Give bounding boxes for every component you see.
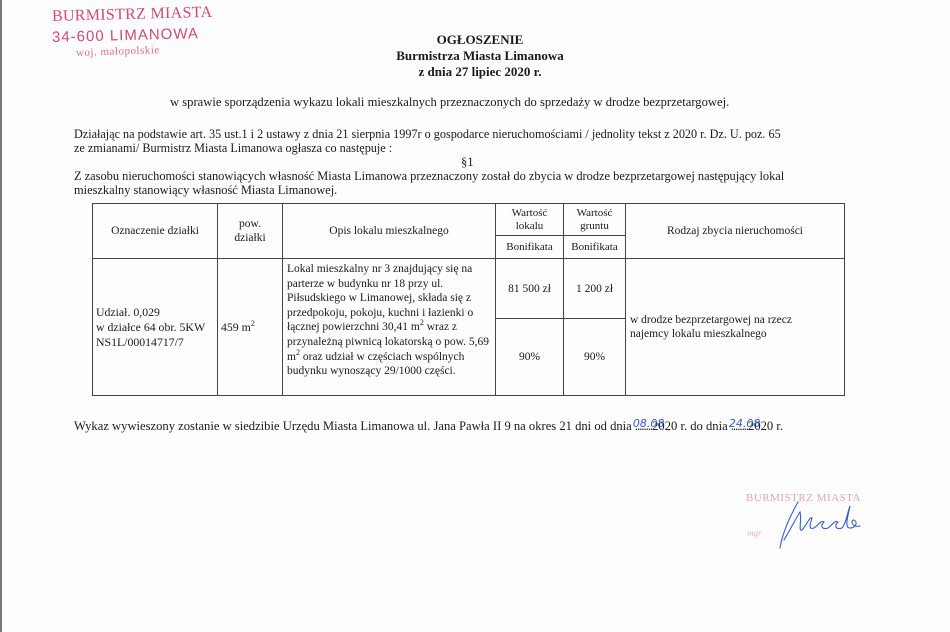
announcement-title: OGŁOSZENIE — [330, 32, 630, 48]
header-description-label: Opis lokalu mieszkalnego — [329, 224, 448, 238]
header-description: Opis lokalu mieszkalnego — [282, 203, 496, 259]
intro-line-2: ze zmianami/ Burmistrz Miasta Limanowa o… — [74, 141, 392, 156]
land-value: 1 200 zł — [576, 282, 613, 296]
land-discount: 90% — [584, 350, 605, 364]
header-unit-value-l2: lokalu — [516, 220, 544, 233]
header-land-discount-label: Bonifikata — [571, 240, 617, 254]
intro-line-1: Działając na podstawie art. 35 ust.1 i 2… — [74, 127, 781, 142]
area-value: 459 m — [221, 320, 251, 334]
header-unit-discount: Bonifikata — [495, 235, 564, 259]
description-text: Lokal mieszkalny nr 3 znajdujący się na … — [287, 262, 491, 379]
page-edge — [0, 0, 2, 632]
plot-number: w działce 64 obr. 5KW — [96, 320, 205, 335]
sale-type: w drodze bezprzetargowej na rzecz najemc… — [630, 313, 814, 341]
plot-land-register: NS1L/00014717/7 — [96, 335, 184, 350]
date-to-field: ........24.08 — [731, 419, 748, 433]
header-area-l1: pow. — [239, 217, 261, 231]
header-land-discount: Bonifikata — [563, 235, 626, 259]
header-plot-label: Oznaczenie działki — [111, 224, 199, 238]
area-unit-sup: 2 — [251, 319, 255, 328]
announcement-header: OGŁOSZENIE Burmistrza Miasta Limanowa z … — [330, 32, 630, 80]
table-row-unit-discount: 90% — [495, 318, 564, 396]
table-row-plot: Udział. 0,029 w działce 64 obr. 5KW NS1L… — [92, 258, 218, 396]
signature-block: BURMISTRZ MIASTA mgr — [740, 490, 900, 560]
header-unit-discount-label: Bonifikata — [506, 240, 552, 254]
section-line-2: mieszkalny stanowiący własność Miasta Li… — [74, 183, 337, 198]
table-row-sale-type: w drodze bezprzetargowej na rzecz najemc… — [625, 258, 845, 396]
header-area-l2: działki — [234, 231, 265, 245]
table-row-land-value: 1 200 zł — [563, 258, 626, 319]
header-land-value-l1: Wartość — [577, 207, 613, 220]
table-row-area: 459 m2 — [217, 258, 283, 396]
footer-text-before: Wykaz wywieszony zostanie w siedzibie Ur… — [74, 419, 632, 433]
header-area: pow. działki — [217, 203, 283, 259]
header-land-value: Wartość gruntu — [563, 203, 626, 236]
handwritten-signature-icon — [740, 490, 900, 560]
header-plot: Oznaczenie działki — [92, 203, 218, 259]
header-land-value-l2: gruntu — [580, 220, 609, 233]
table-row-unit-value: 81 500 zł — [495, 258, 564, 319]
unit-value: 81 500 zł — [508, 282, 551, 296]
stamp-line-1: BURMISTRZ MIASTA — [52, 4, 213, 26]
section-line-1: Z zasobu nieruchomości stanowiących włas… — [74, 169, 784, 184]
header-unit-value: Wartość lokalu — [495, 203, 564, 236]
header-unit-value-l1: Wartość — [512, 207, 548, 220]
unit-discount: 90% — [519, 350, 540, 364]
date-from-field: ........08.08 — [635, 419, 652, 433]
header-sale-type-label: Rodzaj zbycia nieruchomości — [667, 224, 803, 238]
section-mark: §1 — [461, 155, 474, 170]
date-to-handwritten: 24.08 — [729, 416, 761, 431]
description-part-3: oraz udział w częściach wspólnych budynk… — [287, 351, 464, 378]
table-row-description: Lokal mieszkalny nr 3 znajdujący się na … — [282, 258, 496, 396]
date-from-handwritten: 08.08 — [633, 416, 665, 431]
table-row-land-discount: 90% — [563, 318, 626, 396]
announcement-issuer: Burmistrza Miasta Limanowa — [330, 48, 630, 64]
subject-line: w sprawie sporządzenia wykazu lokali mie… — [170, 95, 729, 110]
plot-share: Udział. 0,029 — [96, 305, 160, 320]
footer-line: Wykaz wywieszony zostanie w siedzibie Ur… — [74, 419, 783, 434]
city-stamp: BURMISTRZ MIASTA 34-600 LIMANOWA woj. ma… — [52, 8, 212, 59]
announcement-date: z dnia 27 lipiec 2020 r. — [330, 64, 630, 80]
header-sale-type: Rodzaj zbycia nieruchomości — [625, 203, 845, 259]
